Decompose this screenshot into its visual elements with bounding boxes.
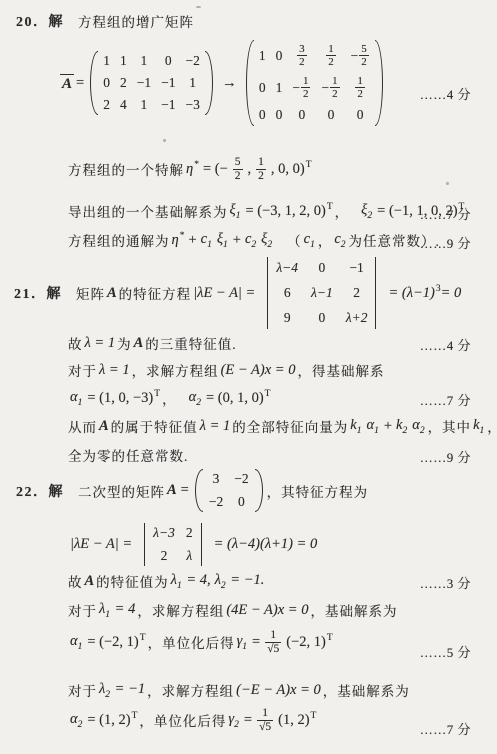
general-solution-line: 方程组的通解为 η* + c1ξ1 + c2ξ2 （ c1 ， c2 为任意常数…	[68, 230, 440, 250]
problem-number: 22．解	[16, 481, 64, 501]
quadratic-form-matrix: 3 −2 −2 0	[195, 469, 263, 512]
scan-speck	[163, 139, 166, 142]
fraction-sqrt5: 1√5	[265, 629, 281, 655]
math-text: = (1, 0, −3)T	[87, 389, 160, 407]
fraction-sqrt5: 1√5	[257, 707, 273, 733]
matrix-grid: 1 1 1 0 −2 0 2 −1 −1 1 2 4 1 −1 −3	[102, 51, 201, 115]
right-paren	[205, 51, 213, 115]
char-poly: = (λ−4)(λ+1) = 0	[214, 536, 318, 553]
matrix-cell: 0	[259, 80, 266, 96]
matrix-cell-fraction: 12	[354, 75, 366, 100]
det-cell: λ−1	[311, 285, 333, 301]
score-marker: ……9 分	[420, 233, 471, 252]
label-text: 从而	[68, 416, 97, 436]
det-bar	[201, 523, 202, 566]
eta-symbol: η*	[186, 160, 199, 178]
c2-symbol: c2	[334, 231, 346, 250]
equals-sign: =	[244, 712, 252, 729]
plus-sign: +	[188, 232, 196, 249]
xi2-symbol: ξ2	[361, 202, 373, 221]
score-marker: ……3 分	[420, 573, 471, 592]
label-text: 的特征方程	[119, 283, 192, 303]
label-text: 矩阵	[76, 283, 105, 303]
alpha2-symbol: α2	[189, 389, 202, 408]
matrix-cell: 0	[276, 107, 283, 123]
augmented-matrix-equation: A = 1 1 1 0 −2 0 2 −1 −1 1 2 4 1 −1 −3	[60, 40, 387, 126]
problem-20-heading: 20．解 方程组的增广矩阵	[16, 11, 194, 31]
plus-sign: +	[384, 418, 392, 435]
det-cell: 6	[284, 285, 291, 301]
determinant: λ−4 0 −1 6 λ−1 2 9 0 λ+2	[261, 257, 382, 329]
matrix-grid: 1 0 32 12 −52 0 1 −12 −12 12 0 0 0 0 0	[258, 40, 371, 126]
matrix-grid: 3 −2 −2 0	[207, 469, 251, 512]
math-text: (−2, 1)T	[286, 633, 332, 651]
matrix-cell: 0	[103, 75, 110, 91]
matrix-cell: 0	[259, 107, 266, 123]
det-cell: −1	[349, 260, 363, 276]
label-text: ，单位化后得	[139, 710, 226, 730]
label-text: ，得基础解系	[297, 360, 384, 380]
label-text: ，求解方程组	[147, 680, 234, 700]
all-eigenvectors-line: 从而 A 的属于特征值 λ = 1 的全部特征向量为 k1α1 + k2α2 ，…	[68, 416, 497, 436]
fraction: 12	[256, 156, 266, 182]
arrow-right-icon: →	[222, 75, 237, 92]
matrix-cell: −2	[234, 471, 248, 487]
matrix-cell: −2	[185, 53, 199, 69]
lambda2-symbol: λ2 = −1.	[215, 572, 265, 591]
det-bar	[144, 523, 145, 566]
determinant-lhs: |λE − A| =	[70, 536, 132, 553]
equation-text: (−E − A)x = 0	[236, 682, 321, 699]
label-text: 的属于特征值	[111, 416, 198, 436]
matrix-cell: 0	[276, 48, 283, 64]
eigenvalues-line: 故 A 的特征值为 λ1 = 4, λ2 = −1.	[68, 571, 266, 591]
lambda2-symbol: λ2 = −1	[99, 681, 145, 700]
matrix-cell: −1	[161, 75, 175, 91]
math-text: = (−2, 1)T	[87, 633, 145, 651]
matrix-a-symbol: A	[167, 482, 177, 499]
label-text: 故	[68, 571, 83, 591]
det-cell: 2	[161, 548, 168, 564]
equals-sign: =	[76, 75, 84, 92]
fraction: 52	[233, 156, 243, 182]
plus-sign: +	[233, 232, 241, 249]
math-text: = (1, 2)T	[87, 711, 137, 729]
label-text: 为	[117, 333, 132, 353]
matrix-cell: −1	[161, 97, 175, 113]
matrix-cell: 2	[120, 75, 127, 91]
det-grid: λ−3 2 2 λ	[151, 523, 194, 566]
det-cell: λ	[186, 548, 192, 564]
det-cell: 9	[284, 310, 291, 326]
det-cell: 0	[319, 260, 326, 276]
math-text: = (−3, 1, 2, 0)T	[245, 202, 332, 220]
math-text: (1, 2)T	[278, 711, 316, 729]
det-cell: 0	[319, 310, 326, 326]
label-text: ，其中	[428, 416, 472, 436]
a-bar-symbol: A	[60, 74, 74, 93]
label-text: 故	[68, 333, 83, 353]
matrix-cell: 0	[357, 107, 364, 123]
matrix-cell: 0	[328, 107, 335, 123]
matrix-cell: 1	[141, 97, 148, 113]
separator: ，	[162, 388, 177, 408]
problem-21-heading: 21．解 矩阵 A 的特征方程 |λE − A| = λ−4 0 −1 6 λ−…	[14, 257, 463, 329]
score-marker: ……7 分	[420, 204, 471, 223]
matrix-cell: 3	[213, 471, 220, 487]
matrix-cell: 1	[120, 53, 127, 69]
alpha1-symbol: α1	[366, 417, 379, 436]
det-cell: λ−4	[276, 260, 298, 276]
label-text: 的全部特征向量为	[232, 416, 348, 436]
matrix-cell: 4	[120, 97, 127, 113]
matrix-cell: 2	[103, 97, 110, 113]
problem-number: 21．解	[14, 283, 62, 303]
case-lambda1-line: 对于 λ1 = 4 ，求解方程组 (4E − A)x = 0 ，基础解系为	[68, 600, 397, 620]
score-marker: ……7 分	[420, 390, 471, 409]
score-marker: ……9 分	[420, 447, 471, 466]
matrix-original: 1 1 1 0 −2 0 2 −1 −1 1 2 4 1 −1 −3	[90, 51, 213, 115]
right-paren	[375, 40, 383, 126]
alpha2-symbol: α2	[412, 417, 425, 436]
label-text: 二次型的矩阵	[78, 481, 165, 501]
matrix-cell-fraction: 12	[325, 43, 337, 68]
label-text: 对于	[68, 600, 97, 620]
left-paren	[246, 40, 254, 126]
math-text: , 0, 0)T	[271, 160, 312, 178]
math-text: λ = 1	[85, 335, 116, 352]
label-text: 导出组的一个基础解系为	[68, 201, 228, 221]
math-text: = (0, 1, 0)T	[206, 389, 271, 407]
eigenvectors-line: α1 = (1, 0, −3)T ， α2 = (0, 1, 0)T	[68, 388, 272, 408]
matrix-cell-fraction: −12	[292, 75, 311, 100]
left-paren	[195, 469, 203, 512]
matrix-cell: 1	[141, 53, 148, 69]
gamma1-symbol: γ1	[237, 633, 248, 652]
xi1-symbol: ξ1	[217, 231, 229, 250]
triple-eigenvalue-line: 故 λ = 1 为 A 的三重特征值.	[68, 333, 237, 353]
matrix-cell: 0	[299, 107, 306, 123]
c2-symbol: c2	[245, 231, 257, 250]
matrix-cell-fraction: −12	[321, 75, 340, 100]
score-marker: ……5 分	[420, 642, 471, 661]
characteristic-equation-line: |λE − A| = λ−3 2 2 λ = (λ−4)(λ+1) = 0	[68, 523, 319, 566]
matrix-cell: 0	[165, 53, 172, 69]
k1-symbol: k1	[350, 417, 362, 436]
alpha1-symbol: α1	[70, 633, 83, 652]
alpha2-symbol: α2	[70, 711, 83, 730]
scan-speck	[446, 182, 449, 185]
math-text: λ = 1	[99, 362, 130, 379]
matrix-a-symbol: A	[99, 418, 109, 435]
constants-line: 全为零的任意常数.	[68, 445, 188, 465]
det-bar	[375, 257, 376, 329]
k1-symbol: k1	[473, 417, 485, 436]
matrix-cell: −1	[137, 75, 151, 91]
label-text: 的特征值为	[96, 571, 169, 591]
matrix-cell-fraction: 32	[296, 43, 308, 68]
xi2-symbol: ξ2	[261, 231, 273, 250]
basis-system-line: 导出组的一个基础解系为 ξ1 = (−3, 1, 2, 0)T ， ξ2 = (…	[68, 201, 466, 221]
matrix-cell: 1	[103, 53, 110, 69]
score-marker: ……7 分	[420, 719, 471, 738]
label-text: 对于	[68, 680, 97, 700]
normalize-line-2: α2 = (1, 2)T ，单位化后得 γ2 = 1√5 (1, 2)T	[68, 707, 318, 733]
label-text: ，单位化后得	[148, 632, 235, 652]
particular-solution-line: 方程组的一个特解 η* = (− 52 , 12 , 0, 0)T	[68, 156, 314, 182]
equation-text: (4E − A)x = 0	[226, 602, 308, 619]
det-grid: λ−4 0 −1 6 λ−1 2 9 0 λ+2	[274, 257, 369, 329]
problem-number: 20．解	[16, 11, 64, 31]
separator: ，	[335, 201, 350, 221]
math-text: ,	[248, 161, 252, 178]
equals-sign: =	[252, 634, 260, 651]
label-text: 的三重特征值.	[145, 333, 236, 353]
matrix-cell-fraction: −52	[351, 43, 370, 68]
label-text: 全为零的任意常数.	[68, 445, 188, 465]
score-marker: ……4 分	[420, 335, 471, 354]
scanned-solution-page: 20．解 方程组的增广矩阵 A = 1 1 1 0 −2 0 2 −1 −1 1…	[0, 0, 497, 754]
label-text: ，其特征方程为	[267, 481, 369, 501]
determinant-lhs: |λE − A| =	[193, 285, 255, 302]
label-text: ，基础解系为	[310, 600, 397, 620]
det-cell: λ+2	[346, 310, 368, 326]
xi1-symbol: ξ1	[230, 202, 242, 221]
equals-sign: =	[181, 482, 189, 499]
separator: ，	[318, 230, 333, 250]
lambda1-symbol: λ1 = 4,	[171, 572, 211, 591]
case-lambda2-line: 对于 λ2 = −1 ，求解方程组 (−E − A)x = 0 ，基础解系为	[68, 680, 410, 700]
left-paren	[90, 51, 98, 115]
gamma2-symbol: γ2	[228, 711, 239, 730]
label-text: ，求解方程组	[137, 600, 224, 620]
matrix-a-symbol: A	[107, 285, 117, 302]
determinant: λ−3 2 2 λ	[138, 523, 207, 566]
k2-symbol: k2	[396, 417, 408, 436]
separator: ，	[487, 416, 497, 436]
matrix-a-symbol: A	[85, 573, 95, 590]
c1-symbol: c1	[304, 231, 316, 250]
alpha1-symbol: α1	[70, 389, 83, 408]
matrix-cell: 1	[189, 75, 196, 91]
matrix-cell: −2	[209, 494, 223, 510]
label-text: 方程组的一个特解	[68, 159, 184, 179]
eta-symbol: η*	[172, 231, 185, 249]
matrix-a-symbol: A	[134, 335, 144, 352]
label-text: ，求解方程组	[132, 360, 219, 380]
right-paren	[255, 469, 263, 512]
label-text: 方程组的通解为	[68, 230, 170, 250]
det-bar	[267, 257, 268, 329]
normalize-line-1: α1 = (−2, 1)T ，单位化后得 γ1 = 1√5 (−2, 1)T	[68, 629, 335, 655]
matrix-cell: 1	[276, 80, 283, 96]
label-text: 对于	[68, 360, 97, 380]
problem-title: 方程组的增广矩阵	[78, 11, 194, 31]
label-text: ，基础解系为	[323, 680, 410, 700]
math-text: λ = 1	[200, 418, 231, 435]
det-cell: 2	[353, 285, 360, 301]
math-text: = (−	[203, 161, 228, 178]
det-cell: λ−3	[153, 525, 175, 541]
lambda1-symbol: λ1 = 4	[99, 601, 135, 620]
matrix-reduced: 1 0 32 12 −52 0 1 −12 −12 12 0 0 0 0 0	[246, 40, 383, 126]
c1-symbol: c1	[201, 231, 213, 250]
scan-speck	[196, 6, 201, 8]
paren-open: （	[287, 230, 302, 250]
problem-22-heading: 22．解 二次型的矩阵 A = 3 −2 −2 0 ，其特征方程为	[16, 469, 368, 512]
solve-system-line: 对于 λ = 1 ，求解方程组 (E − A)x = 0 ，得基础解系	[68, 360, 384, 380]
score-marker: ……4 分	[420, 84, 471, 103]
equation-text: (E − A)x = 0	[221, 362, 296, 379]
matrix-cell: −3	[185, 97, 199, 113]
det-cell: 2	[186, 525, 193, 541]
char-poly: = (λ−1)3= 0	[388, 284, 461, 302]
matrix-cell: 0	[238, 494, 245, 510]
matrix-cell: 1	[259, 48, 266, 64]
